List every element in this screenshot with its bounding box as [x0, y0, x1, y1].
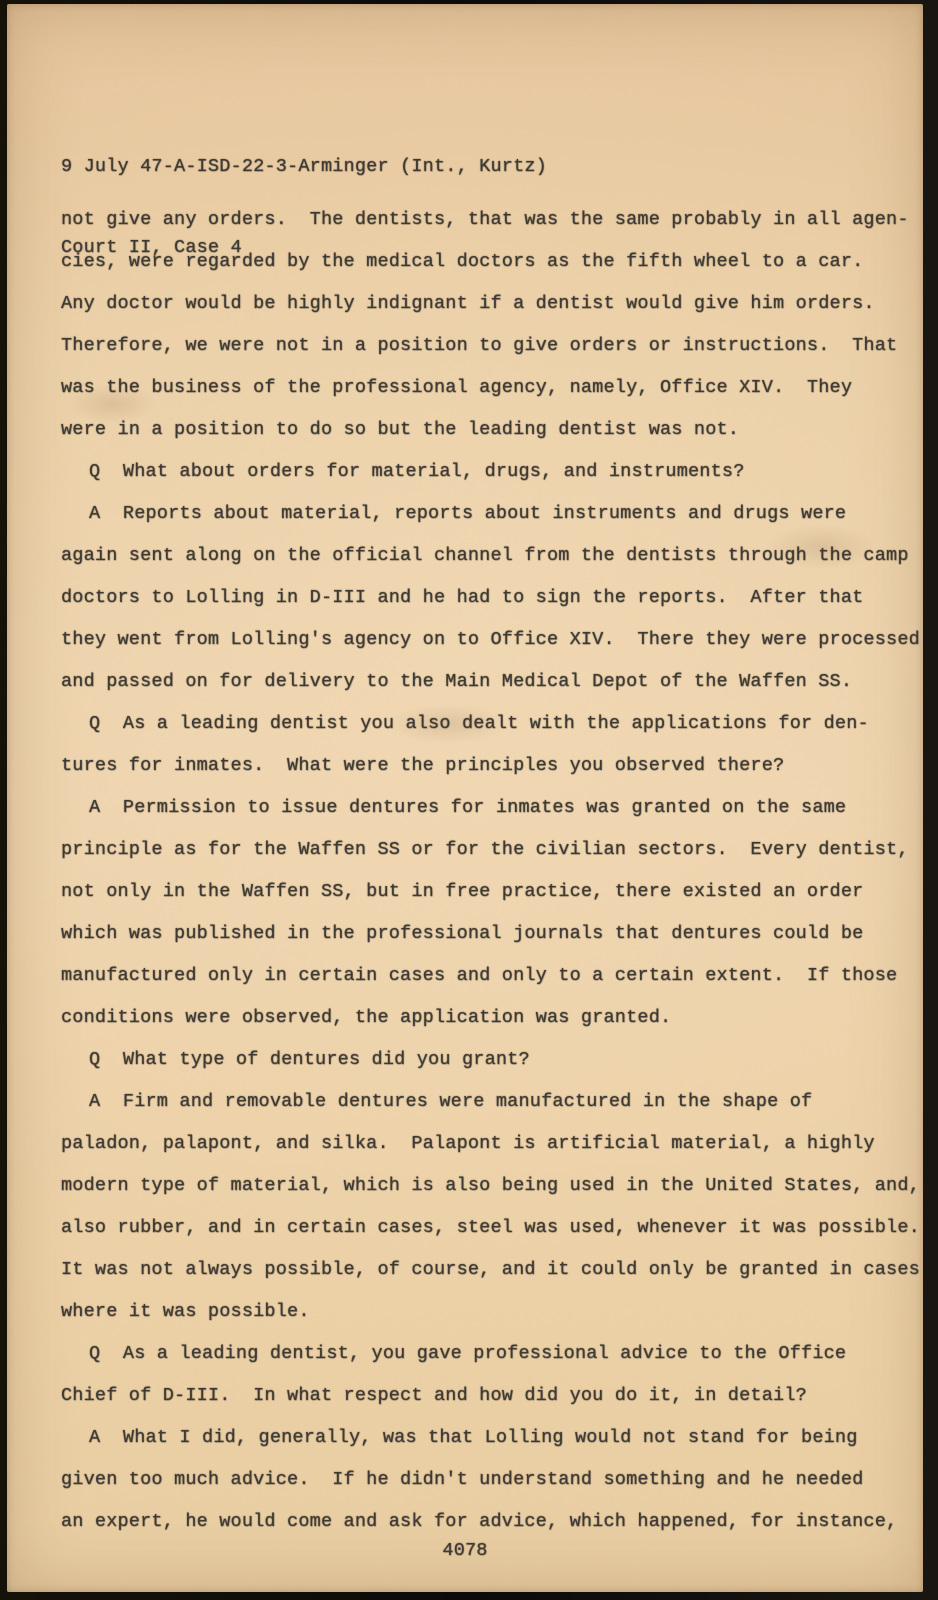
page-number: 4078: [7, 1540, 923, 1562]
transcript-line: It was not always possible, of course, a…: [61, 1259, 915, 1301]
header-line-docket: 9 July 47-A-ISD-22-3-Arminger (Int., Kur…: [61, 153, 547, 180]
transcript-line: cies, were regarded by the medical docto…: [61, 251, 915, 293]
transcript-line: also rubber, and in certain cases, steel…: [61, 1217, 915, 1259]
transcript-line: Q As a leading dentist you also dealt wi…: [61, 713, 915, 755]
transcript-line: not give any orders. The dentists, that …: [61, 209, 915, 251]
transcript-line: not only in the Waffen SS, but in free p…: [61, 881, 915, 923]
transcript-line: where it was possible.: [61, 1301, 915, 1343]
transcript-line: A Firm and removable dentures were manuf…: [61, 1091, 915, 1133]
transcript-line: doctors to Lolling in D-III and he had t…: [61, 587, 915, 629]
transcript-line: were in a position to do so but the lead…: [61, 419, 915, 461]
transcript-line: Any doctor would be highly indignant if …: [61, 293, 915, 335]
transcript-line: principle as for the Waffen SS or for th…: [61, 839, 915, 881]
transcript-line: A Permission to issue dentures for inmat…: [61, 797, 915, 839]
transcript-line: which was published in the professional …: [61, 923, 915, 965]
transcript-line: Q What type of dentures did you grant?: [61, 1049, 915, 1091]
transcript-line: given too much advice. If he didn't unde…: [61, 1469, 915, 1511]
transcript-line: manufactured only in certain cases and o…: [61, 965, 915, 1007]
transcript-line: A What I did, generally, was that Lollin…: [61, 1427, 915, 1469]
transcript-line: conditions were observed, the applicatio…: [61, 1007, 915, 1049]
transcript-line: paladon, palapont, and silka. Palapont i…: [61, 1133, 915, 1175]
transcript-line: Chief of D-III. In what respect and how …: [61, 1385, 915, 1427]
transcript-line: and passed on for delivery to the Main M…: [61, 671, 915, 713]
transcript-body: not give any orders. The dentists, that …: [61, 209, 915, 1553]
paper-sheet: 9 July 47-A-ISD-22-3-Arminger (Int., Kur…: [7, 4, 923, 1592]
transcript-line: was the business of the professional age…: [61, 377, 915, 419]
transcript-line: Therefore, we were not in a position to …: [61, 335, 915, 377]
transcript-line: modern type of material, which is also b…: [61, 1175, 915, 1217]
transcript-line: again sent along on the official channel…: [61, 545, 915, 587]
transcript-line: they went from Lolling's agency on to Of…: [61, 629, 915, 671]
transcript-line: Q As a leading dentist, you gave profess…: [61, 1343, 915, 1385]
scanned-page: 9 July 47-A-ISD-22-3-Arminger (Int., Kur…: [0, 0, 938, 1600]
transcript-line: A Reports about material, reports about …: [61, 503, 915, 545]
transcript-line: tures for inmates. What were the princip…: [61, 755, 915, 797]
transcript-line: Q What about orders for material, drugs,…: [61, 461, 915, 503]
